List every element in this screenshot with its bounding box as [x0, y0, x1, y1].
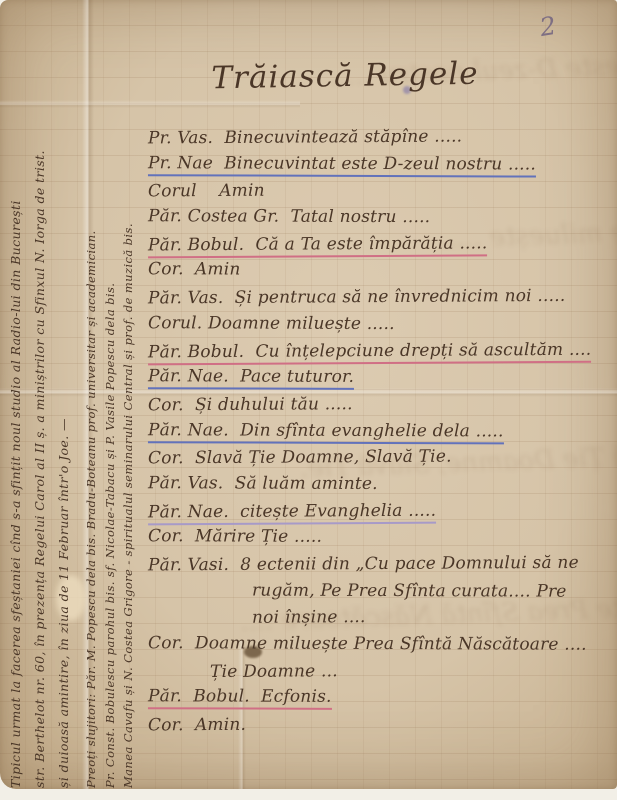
margin-note: și duioasă amintire, în ziua de 11 Febru…	[56, 4, 71, 788]
manuscript-line: Cor. Și duhului tău .....	[148, 389, 613, 419]
document-title: Trăiască Regele	[175, 55, 516, 97]
manuscript-line: Păr. Vasi. 8 ectenii din „Cu pace Domnul…	[148, 550, 613, 580]
manuscript-line: Cor. Amin.	[148, 710, 613, 740]
manuscript-line: Corul Amin	[148, 176, 613, 206]
manuscript-body: Pr. Vas. Binecuvintează stăpîne .....Pr.…	[148, 124, 613, 738]
manuscript-line: Păr. Nae. Pace tuturor.	[148, 363, 613, 391]
manuscript-line: Păr. Costea Gr. Tatal nostru .....	[148, 203, 613, 231]
manuscript-line: Cor. Mărire Ție .....	[148, 524, 613, 552]
fold-crease-horizontal-2	[0, 100, 300, 108]
manuscript-page: Pr. Nae Binecuvintat este D-zeul nostru …	[0, 0, 617, 789]
manuscript-line: Cor. Doamne miluește Prea Sfîntă Născăto…	[148, 630, 613, 658]
margin-note: str. Berthelot nr. 60, în prezența Regel…	[32, 4, 47, 788]
page-number: 2	[538, 11, 558, 42]
manuscript-line: Păr. Bobul. Că a Ta este împărăția .....	[148, 229, 613, 259]
margin-note: Pr. Const. Bobulescu parohul bis. sf. Ni…	[103, 4, 117, 788]
manuscript-line: Păr. Bobul. Cu înțelepciune drepți să as…	[148, 336, 613, 366]
manuscript-line: Ție Doamne ...	[148, 656, 613, 686]
margin-note: Preoți slujitori: Păr. M. Popescu dela b…	[84, 4, 98, 788]
paper-stain	[56, 575, 86, 621]
manuscript-line: Cor. Amin	[148, 257, 613, 285]
manuscript-line: noi înșine ....	[148, 603, 613, 633]
scan-background: Pr. Nae Binecuvintat este D-zeul nostru …	[0, 0, 617, 800]
manuscript-line: Păr. Nae. Din sfînta evanghelie dela ...…	[148, 417, 613, 445]
margin-note: Manea Cavafu și N. Costea Grigore - spir…	[121, 4, 135, 788]
manuscript-line: Corul. Doamne miluește .....	[148, 310, 613, 338]
margin-note: Tipicul urmat la facerea sfeștaniei cînd…	[8, 4, 23, 788]
manuscript-line: rugăm, Pe Prea Sfînta curata.... Pre	[148, 577, 613, 605]
manuscript-line: Păr. Bobul. Ecfonis.	[148, 684, 613, 712]
manuscript-line: Pr. Nae Binecuvintat este D-zeul nostru …	[148, 150, 613, 178]
fold-crease-vertical	[82, 0, 94, 789]
manuscript-line: Păr. Vas. Și pentruca să ne învrednicim …	[148, 283, 613, 313]
manuscript-line: Cor. Slavă Ție Doamne, Slavă Ție.	[148, 443, 613, 473]
manuscript-line: Păr. Vas. Să luăm aminte.	[148, 470, 613, 498]
margin-notes: Tipicul urmat la facerea sfeștaniei cînd…	[0, 0, 150, 789]
manuscript-line: Păr. Nae. citește Evanghelia .....	[148, 496, 613, 526]
manuscript-line: Pr. Vas. Binecuvintează stăpîne .....	[148, 123, 613, 153]
